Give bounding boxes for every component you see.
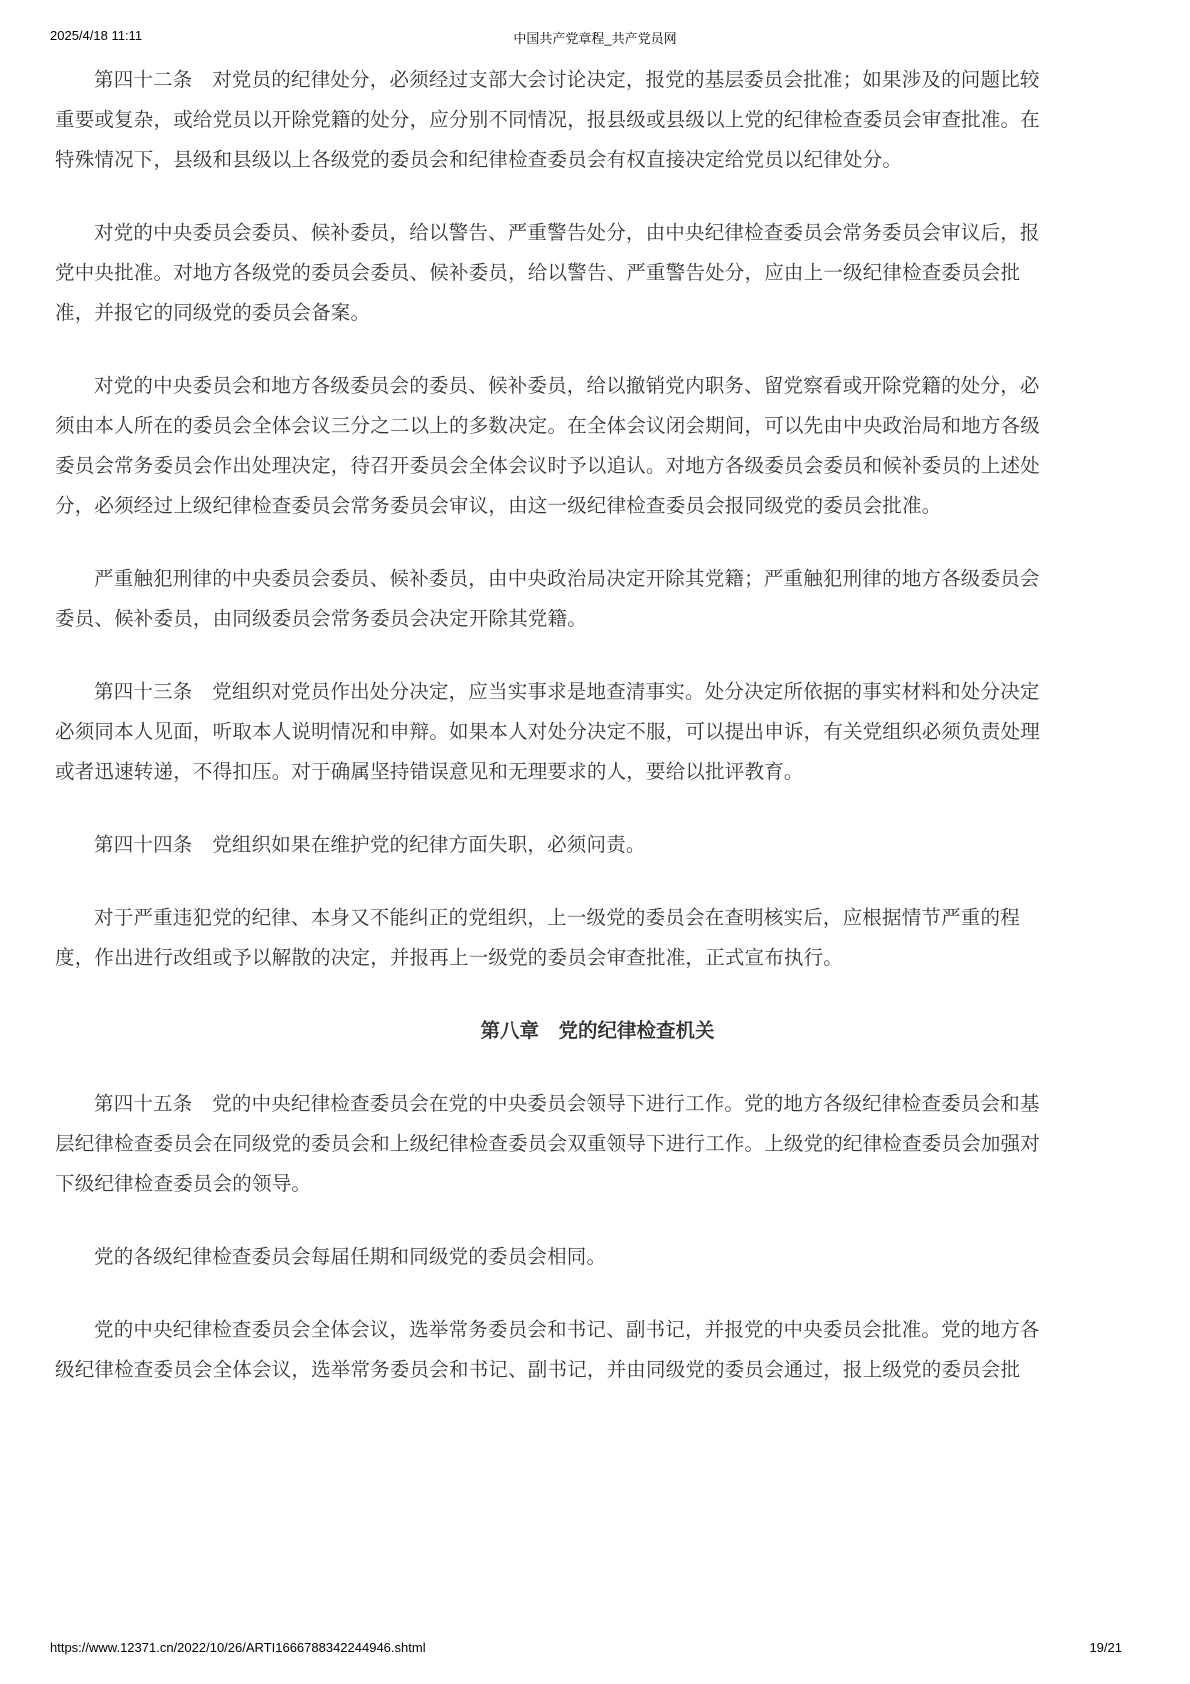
- chapter-heading: 第八章 党的纪律检查机关: [55, 1011, 1140, 1051]
- text-line: 党的各级纪律检查委员会每届任期和同级党的委员会相同。: [55, 1237, 1140, 1277]
- text-line: 重要或复杂，或给党员以开除党籍的处分，应分别不同情况，报县级或县级以上党的纪律检…: [55, 100, 1140, 140]
- text-line: 下级纪律检查委员会的领导。: [55, 1164, 1140, 1204]
- text-line: 必须同本人见面，听取本人说明情况和申辩。如果本人对处分决定不服，可以提出申诉，有…: [55, 712, 1140, 752]
- central-committee-warning-paragraph: 对党的中央委员会委员、候补委员，给以警告、严重警告处分，由中央纪律检查委员会常务…: [55, 213, 1140, 333]
- text-line: 严重触犯刑律的中央委员会委员、候补委员，由中央政治局决定开除其党籍；严重触犯刑律…: [55, 559, 1140, 599]
- text-line: 特殊情况下，县级和县级以上各级党的委员会和纪律检查委员会有权直接决定给党员以纪律…: [55, 140, 1140, 180]
- text-line: 党的中央纪律检查委员会全体会议，选举常务委员会和书记、副书记，并报党的中央委员会…: [55, 1310, 1140, 1350]
- text-line: 第四十三条 党组织对党员作出处分决定，应当实事求是地查清事实。处分决定所依据的事…: [55, 672, 1140, 712]
- reorganization-paragraph: 对于严重违犯党的纪律、本身又不能纠正的党组织，上一级党的委员会在查明核实后，应根…: [55, 898, 1140, 978]
- text-line: 须由本人所在的委员会全体会议三分之二以上的多数决定。在全体会议闭会期间，可以先由…: [55, 406, 1140, 446]
- page-url: https://www.12371.cn/2022/10/26/ARTI1666…: [50, 1640, 426, 1655]
- text-line: 党中央批准。对地方各级党的委员会委员、候补委员，给以警告、严重警告处分，应由上一…: [55, 253, 1140, 293]
- criminal-law-paragraph: 严重触犯刑律的中央委员会委员、候补委员，由中央政治局决定开除其党籍；严重触犯刑律…: [55, 559, 1140, 639]
- text-line: 准，并报它的同级党的委员会备案。: [55, 293, 1140, 333]
- plenary-session-paragraph: 党的中央纪律检查委员会全体会议，选举常务委员会和书记、副书记，并报党的中央委员会…: [55, 1310, 1140, 1390]
- article-42-paragraph: 第四十二条 对党员的纪律处分，必须经过支部大会讨论决定，报党的基层委员会批准；如…: [55, 60, 1140, 180]
- text-line: 度，作出进行改组或予以解散的决定，并报再上一级党的委员会审查批准，正式宣布执行。: [55, 938, 1140, 978]
- text-line: 分，必须经过上级纪律检查委员会常务委员会审议，由这一级纪律检查委员会报同级党的委…: [55, 486, 1140, 526]
- text-line: 层纪律检查委员会在同级党的委员会和上级纪律检查委员会双重领导下进行工作。上级党的…: [55, 1124, 1140, 1164]
- article-43-paragraph: 第四十三条 党组织对党员作出处分决定，应当实事求是地查清事实。处分决定所依据的事…: [55, 672, 1140, 792]
- text-line: 第四十四条 党组织如果在维护党的纪律方面失职，必须问责。: [55, 825, 1140, 865]
- print-header: 2025/4/18 11:11 中国共产党章程_共产党员网: [0, 28, 1190, 48]
- text-line: 级纪律检查委员会全体会议，选举常务委员会和书记、副书记，并由同级党的委员会通过，…: [55, 1350, 1140, 1390]
- article-45-paragraph: 第四十五条 党的中央纪律检查委员会在党的中央委员会领导下进行工作。党的地方各级纪…: [55, 1084, 1140, 1204]
- print-footer: https://www.12371.cn/2022/10/26/ARTI1666…: [0, 1640, 1190, 1660]
- text-line: 对党的中央委员会和地方各级委员会的委员、候补委员，给以撤销党内职务、留党察看或开…: [55, 366, 1140, 406]
- term-of-office-paragraph: 党的各级纪律检查委员会每届任期和同级党的委员会相同。: [55, 1237, 1140, 1277]
- print-page-title: 中国共产党章程_共产党员网: [0, 28, 1190, 47]
- text-line: 委员会常务委员会作出处理决定，待召开委员会全体会议时予以追认。对地方各级委员会委…: [55, 446, 1140, 486]
- page-number: 19/21: [1089, 1640, 1122, 1655]
- text-line: 委员、候补委员，由同级委员会常务委员会决定开除其党籍。: [55, 599, 1140, 639]
- article-44-paragraph: 第四十四条 党组织如果在维护党的纪律方面失职，必须问责。: [55, 825, 1140, 865]
- text-line: 第四十五条 党的中央纪律检查委员会在党的中央委员会领导下进行工作。党的地方各级纪…: [55, 1084, 1140, 1124]
- text-line: 或者迅速转递，不得扣压。对于确属坚持错误意见和无理要求的人，要给以批评教育。: [55, 752, 1140, 792]
- text-line: 对于严重违犯党的纪律、本身又不能纠正的党组织，上一级党的委员会在查明核实后，应根…: [55, 898, 1140, 938]
- text-line: 第四十二条 对党员的纪律处分，必须经过支部大会讨论决定，报党的基层委员会批准；如…: [55, 60, 1140, 100]
- document-body: 第四十二条 对党员的纪律处分，必须经过支部大会讨论决定，报党的基层委员会批准；如…: [55, 60, 1140, 1423]
- removal-from-post-paragraph: 对党的中央委员会和地方各级委员会的委员、候补委员，给以撤销党内职务、留党察看或开…: [55, 366, 1140, 526]
- text-line: 对党的中央委员会委员、候补委员，给以警告、严重警告处分，由中央纪律检查委员会常务…: [55, 213, 1140, 253]
